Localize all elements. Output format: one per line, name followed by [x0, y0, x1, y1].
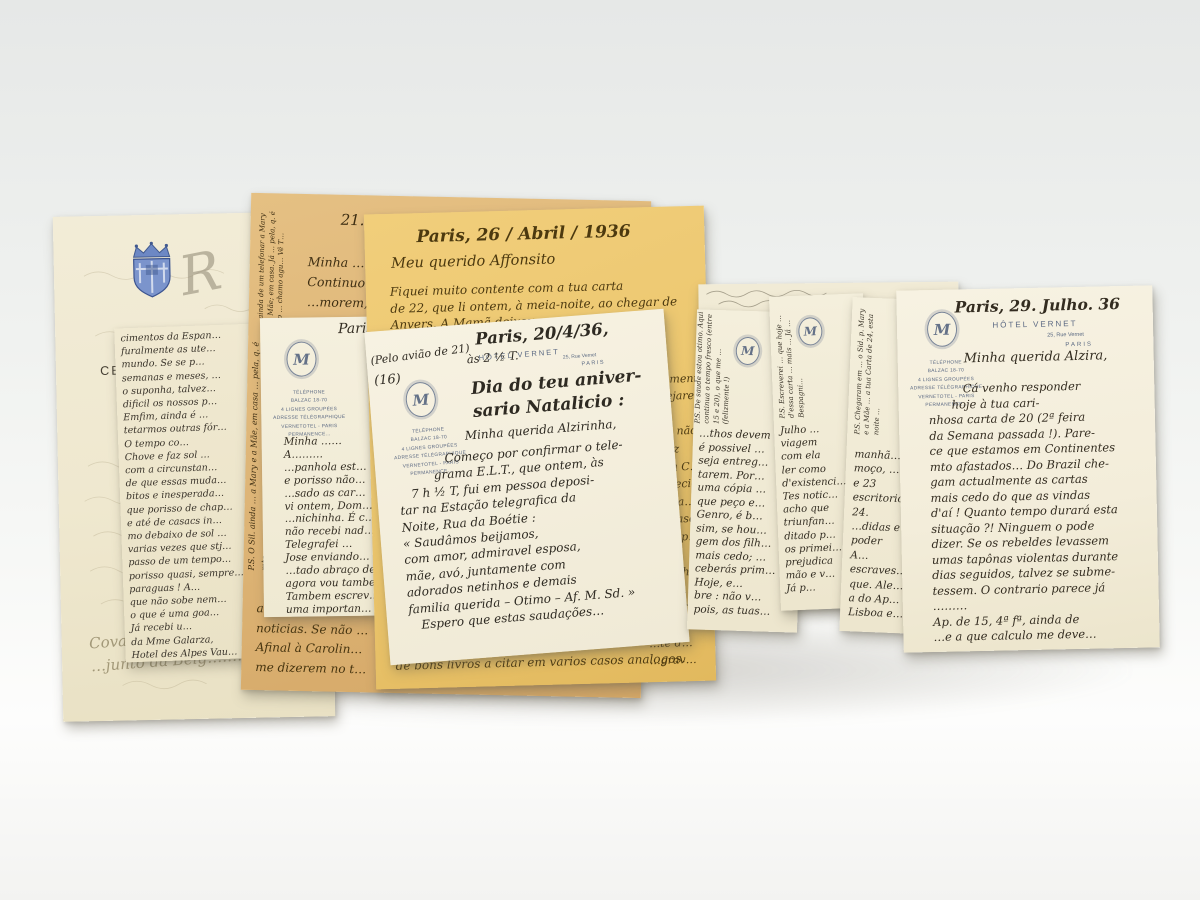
vernet-letterhead-block: Téléphone BALZAC 18-70 4 lignes groupées…	[265, 389, 354, 441]
vernet-monogram-icon: M	[927, 311, 958, 347]
vernet-monogram-icon: M	[404, 381, 437, 418]
letter-salutation: Minha querida Alzira,	[964, 348, 1108, 366]
letters-photo: R Century Hotel ANVERS BELGIQUE Télég. «…	[0, 0, 1200, 900]
century-hotel-crest-icon	[123, 240, 180, 304]
printed-hotel-address: 25, Rue Vernet	[563, 352, 597, 361]
vernet-monogram-icon: M	[286, 341, 316, 376]
printed-hotel-city: PARIS	[581, 359, 605, 367]
postscript-crosswriting: P.S. Escreverei … que hoje … d'essa cart…	[774, 296, 849, 419]
letter-birthday: (Pelo avião de 21) (16) Paris, 20/4/36, …	[364, 309, 689, 666]
printed-hotel-name: Hôtel Vernet	[975, 319, 1095, 331]
letter-body: Cá venho responder hoje à tua cari- nhos…	[928, 378, 1151, 646]
letter-body: Começo por confirmar o tele- grama E.L.T…	[396, 433, 679, 634]
letter-july-1936: Paris, 29. Julho. 36 Hôtel Vernet 25, Ru…	[896, 285, 1160, 652]
sequence-number: (16)	[374, 372, 402, 389]
letter-salutation: Meu querido Affonsito	[391, 252, 556, 272]
postscript-crosswriting: P.S. De saude estou otimo. Aqui continua…	[693, 311, 780, 426]
time-note: às 2 ½ T.	[466, 348, 519, 366]
airmail-note: (Pelo avião de 21)	[370, 342, 471, 368]
printed-hotel-address: 25, Rue Vernet	[1047, 332, 1084, 339]
letter-title: Dia do teu aniver- sario Natalicio :	[470, 365, 644, 424]
letter-heading: Paris, 26 / Abril / 1936	[416, 222, 631, 248]
crosswriting-note: … ainda de um telefonar a Mary e a Mãe; …	[256, 208, 311, 329]
printed-hotel-city: PARIS	[1065, 342, 1093, 349]
date-note: 21.	[341, 211, 365, 229]
letter-heading: Paris, 29. Julho. 36	[954, 294, 1120, 316]
letter-heading: Paris, 20/4/36,	[474, 319, 609, 348]
